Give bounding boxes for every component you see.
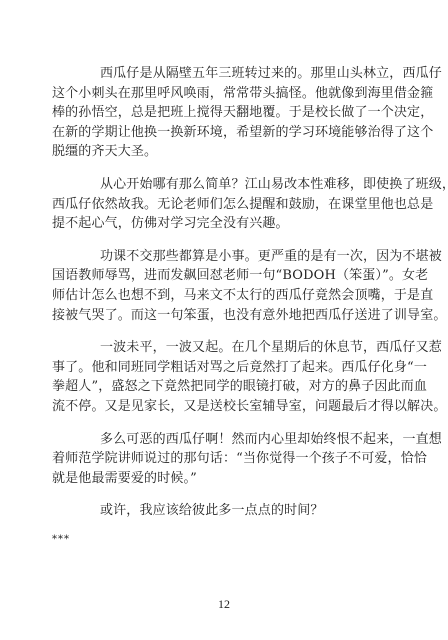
text-line: 着师范学院讲师说过的那句话：“当你觉得一个孩子不可爱，恰恰 — [52, 449, 386, 469]
text-line: 功课不交那些都算是小事。更严重的是有一次，因为不堪被 — [52, 247, 386, 267]
text-line: 在新的学期让他换一换新环境，希望新的学习环境能够治得了这个 — [52, 123, 386, 143]
text-line: 从心开始哪有那么简单？江山易改本性难移，即使换了班级， — [52, 175, 386, 195]
text-line: 提不起心气，仿佛对学习完全没有兴趣。 — [52, 214, 386, 234]
text-line: 国语教师辱骂，进而发飙回怼老师一句“BODOH（笨蛋）”。女老 — [52, 266, 386, 286]
paragraph-3: 功课不交那些都算是小事。更严重的是有一次，因为不堪被 国语教师辱骂，进而发飙回怼… — [52, 247, 386, 325]
paragraph-4: 一波未平，一波又起。在几个星期后的休息节，西瓜仔又惹 事了。他和同班同学粗话对骂… — [52, 338, 386, 416]
text-line: 接被气哭了。而这一句笨蛋，也没有意外地把西瓜仔送进了训导室。 — [52, 306, 386, 326]
section-separator: *** — [52, 534, 386, 545]
text-line: 棒的孙悟空，总是把班上搅得天翻地覆。于是校长做了一个决定， — [52, 103, 386, 123]
document-body: 西瓜仔是从隔壁五年三班转过来的。那里山头林立，西瓜仔 这个小刺头在那里呼风唤雨，… — [52, 64, 386, 545]
text-line: 或许，我应该给彼此多一点点的时间？ — [52, 501, 386, 521]
text-line: 脱缰的齐天大圣。 — [52, 142, 386, 162]
text-line: 师估计怎么也想不到，马来文不太行的西瓜仔竟然会顶嘴，于是直 — [52, 286, 386, 306]
text-line: 就是他最需要爱的时候。” — [52, 469, 386, 489]
text-line: 多么可恶的西瓜仔啊！然而内心里却始终恨不起来，一直想 — [52, 430, 386, 450]
paragraph-1: 西瓜仔是从隔壁五年三班转过来的。那里山头林立，西瓜仔 这个小刺头在那里呼风唤雨，… — [52, 64, 386, 162]
text-line: 一波未平，一波又起。在几个星期后的休息节，西瓜仔又惹 — [52, 338, 386, 358]
text-line: 流不停。又是见家长，又是送校长室辅导室，问题最后才得以解决。 — [52, 397, 386, 417]
text-line: 西瓜仔是从隔壁五年三班转过来的。那里山头林立，西瓜仔 — [52, 64, 386, 84]
text-line: 西瓜仔依然故我。无论老师们怎么提醒和鼓励，在课堂里他也总是 — [52, 195, 386, 215]
paragraph-6: 或许，我应该给彼此多一点点的时间？ — [52, 501, 386, 521]
paragraph-5: 多么可恶的西瓜仔啊！然而内心里却始终恨不起来，一直想 着师范学院讲师说过的那句话… — [52, 430, 386, 489]
text-line: 事了。他和同班同学粗话对骂之后竟然打了起来。西瓜仔化身“一 — [52, 358, 386, 378]
page-number: 12 — [0, 597, 448, 612]
paragraph-2: 从心开始哪有那么简单？江山易改本性难移，即使换了班级， 西瓜仔依然故我。无论老师… — [52, 175, 386, 234]
text-line: 拳超人”，盛怒之下竟然把同学的眼镜打破，对方的鼻子因此而血 — [52, 377, 386, 397]
text-line: 这个小刺头在那里呼风唤雨，常常带头搞怪。他就像到海里借金箍 — [52, 84, 386, 104]
